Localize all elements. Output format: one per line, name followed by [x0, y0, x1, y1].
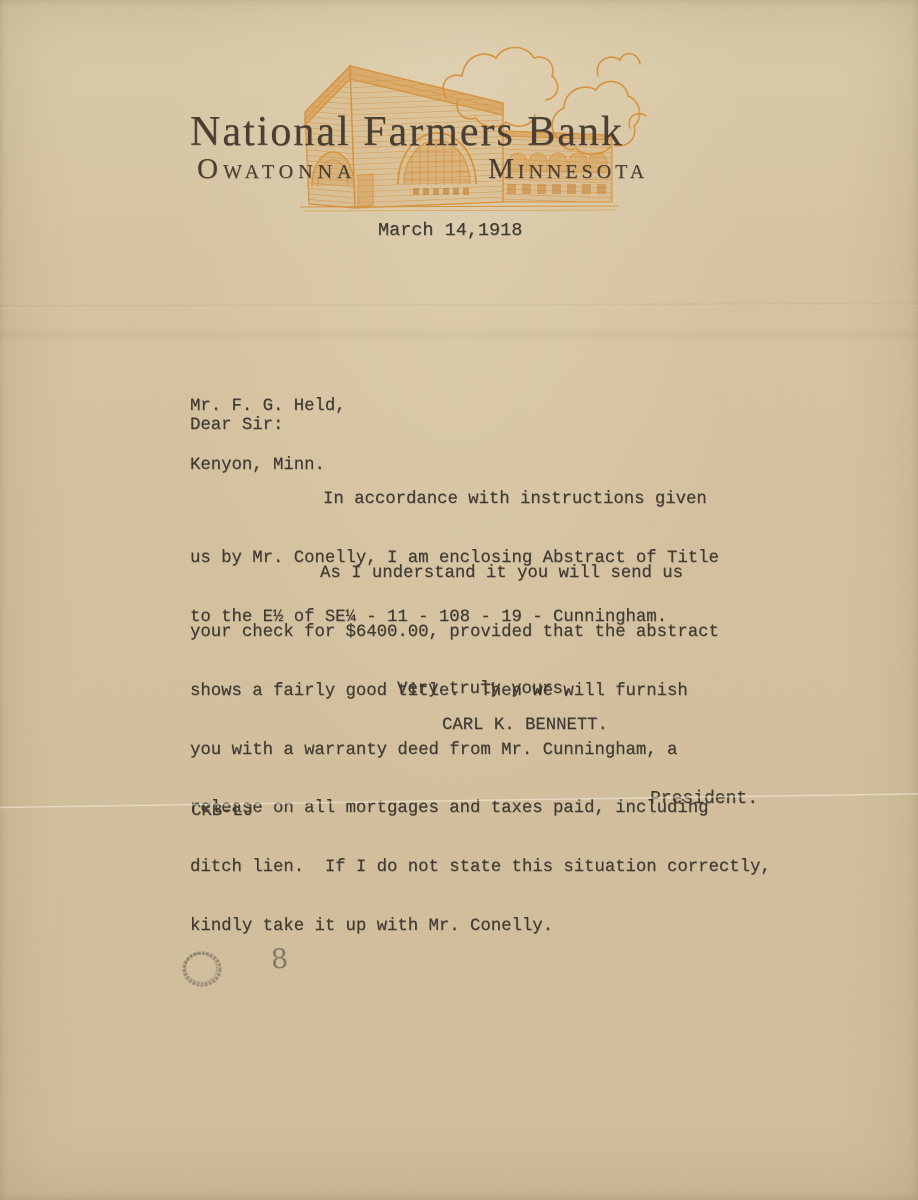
letter-page: National Farmers Bank Owatonna Minnesota… [0, 0, 918, 1200]
salutation: Dear Sir: [190, 416, 283, 436]
letterhead-city: Owatonna [197, 153, 356, 186]
handwritten-figure: 8 [270, 943, 289, 975]
valediction: Very truly yours, [397, 680, 573, 700]
body-line: As I understand it you will send us [190, 564, 771, 584]
body-line: ditch lien. If I do not state this situa… [190, 858, 771, 878]
letterhead-state: Minnesota [488, 153, 648, 186]
date-line: March 14,1918 [378, 221, 522, 241]
letterhead-bank-name: National Farmers Bank [190, 108, 624, 156]
body-line: In accordance with instructions given [190, 490, 719, 510]
signature-name: CARL K. BENNETT. [442, 716, 608, 736]
signer-title: President. [650, 790, 758, 810]
paper-fold-crease-upper [0, 303, 918, 309]
body-paragraph-2: As I understand it you will send us your… [190, 525, 771, 976]
recipient-name: Mr. F. G. Held, [190, 397, 346, 417]
body-line: kindly take it up with Mr. Conelly. [190, 917, 771, 937]
reference-initials: CKB-LJ [191, 802, 253, 822]
body-line: you with a warranty deed from Mr. Cunnin… [190, 741, 771, 761]
pencil-circle-stamp [176, 944, 228, 994]
paper-shadow-band [0, 331, 918, 338]
body-line: your check for $6400.00, provided that t… [190, 623, 771, 643]
